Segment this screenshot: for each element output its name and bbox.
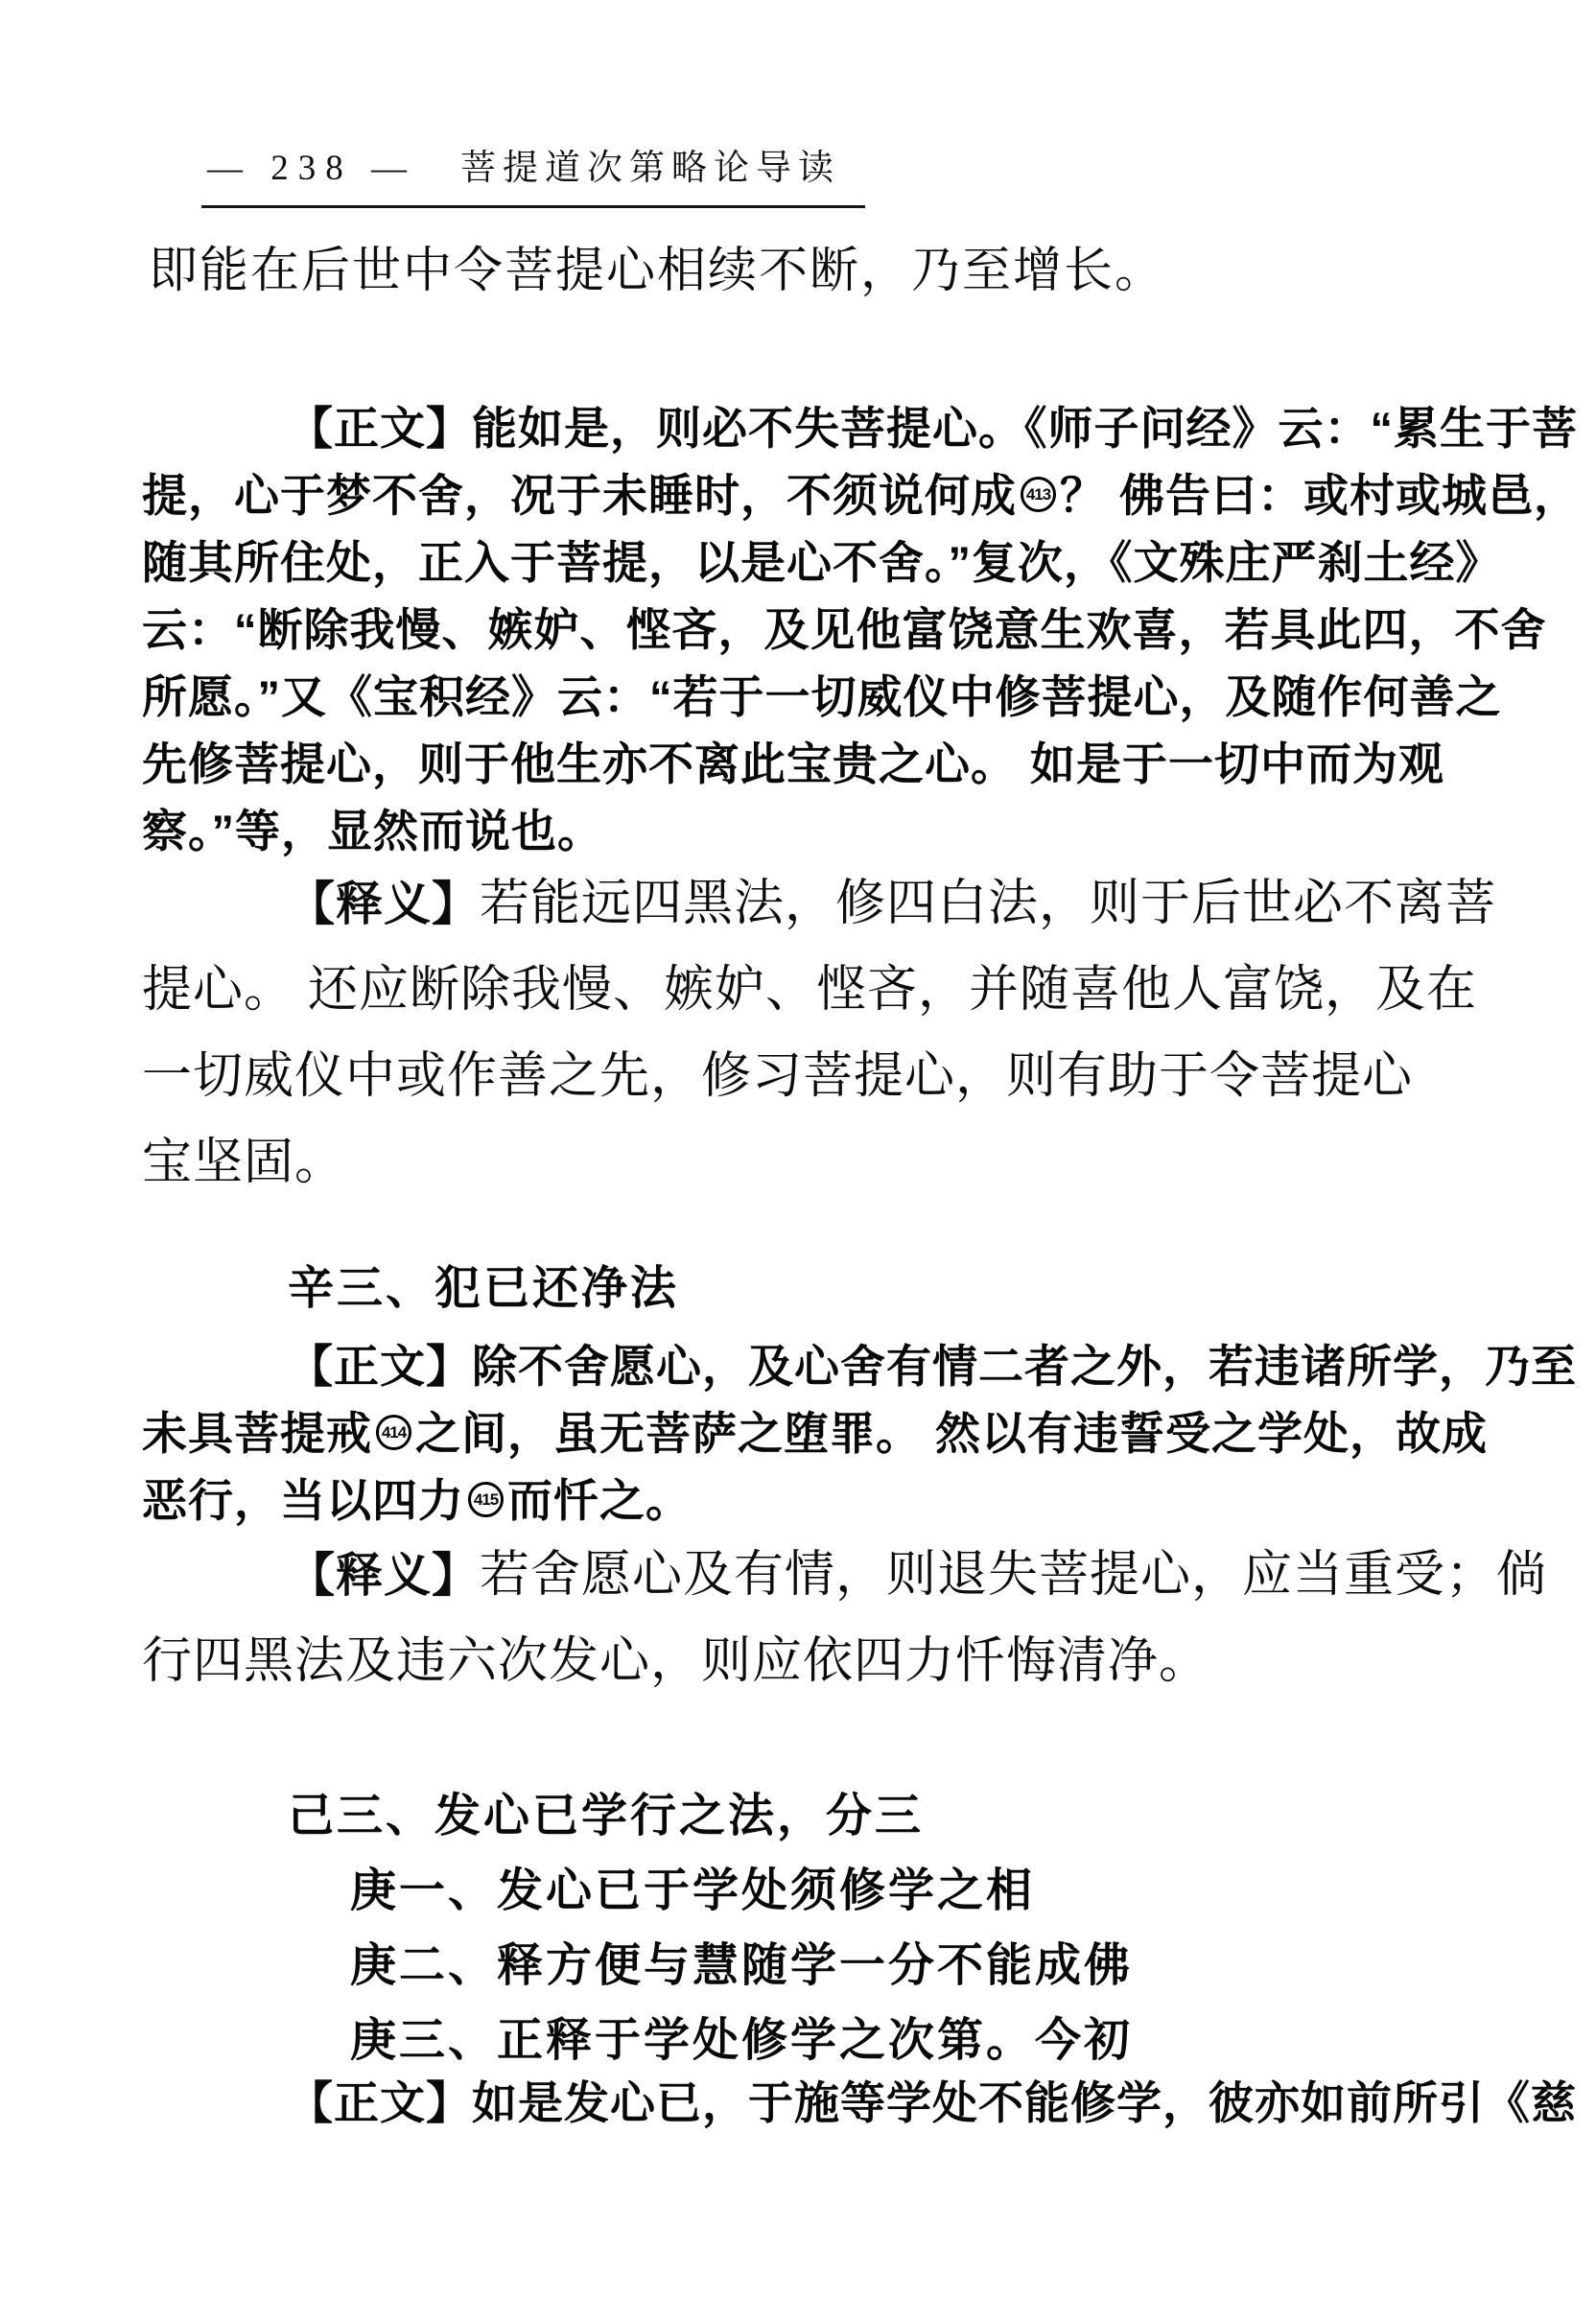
footnote-marker-415: 415 xyxy=(468,1482,504,1517)
zhengwen-block-3: 【正文】如是发心已，于施等学处不能修学，彼亦如前所引《慈 xyxy=(142,2070,1514,2137)
footnote-marker-413: 413 xyxy=(1021,477,1056,512)
line-text: 而忏之。 xyxy=(507,1475,692,1526)
section-heading-xin3: 辛三、犯已还净法 xyxy=(288,1251,679,1317)
shiyi-label: 【释义】 xyxy=(288,1550,480,1602)
text-line: 所愿。”又《宝积经》云：“若于一切威仪中修菩提心，及随作何善之 xyxy=(142,664,1514,731)
text-line: 恶行，当以四力415而忏之。 xyxy=(142,1467,1514,1535)
shiyi-label: 【释义】 xyxy=(288,879,480,930)
book-title: 菩提道次第略论导读 xyxy=(460,149,840,188)
text-line: 提心。 还应断除我慢、嫉妒、悭吝，并随喜他人富饶，及在 xyxy=(142,948,1514,1034)
line-text: 之间，虽无菩萨之堕罪。 然以有违誓受之学处，故成 xyxy=(415,1408,1488,1459)
line-text: 若舍愿心及有情，则退失菩提心，应当重受；倘 xyxy=(480,1548,1547,1603)
text-line: 行四黑法及违六次发心，则应依四力忏悔清净。 xyxy=(142,1619,1514,1705)
running-header: — 238 —菩提道次第略论导读 xyxy=(201,138,865,208)
line-text: 恶行，当以四力 xyxy=(142,1475,464,1526)
text-line: 察。”等，显然而说也。 xyxy=(142,798,1514,865)
text-line: 宝坚固。 xyxy=(142,1120,1514,1207)
line-text: 若能远四黑法，修四白法，则于后世必不离菩 xyxy=(480,877,1496,931)
shiyi-block-2: 【释义】若舍愿心及有情，则退失菩提心，应当重受；倘 行四黑法及违六次发心，则应依… xyxy=(142,1533,1514,1705)
section-heading-geng2: 庚二、释方便与慧随学一分不能成佛 xyxy=(350,1928,1133,1994)
zhengwen-block-1: 【正文】能如是，则必不失菩提心。《师子问经》云：“累生于菩 提，心于梦不舍，况于… xyxy=(142,395,1514,865)
page-number: — 238 — xyxy=(207,149,416,188)
text-line: 一切威仪中或作善之先，修习菩提心，则有助于令菩提心 xyxy=(142,1034,1514,1120)
section-heading-geng1: 庚一、发心已于学处须修学之相 xyxy=(350,1853,1035,1919)
line-text: 提，心于梦不舍，况于未睡时，不须说何成 xyxy=(142,470,1017,521)
footnote-marker-414: 414 xyxy=(376,1415,411,1450)
text-line: 云：“断除我慢、嫉妒、悭吝，及见他富饶意生欢喜，若具此四，不舍 xyxy=(142,597,1514,664)
text-line: 【释义】若舍愿心及有情，则退失菩提心，应当重受；倘 xyxy=(142,1533,1514,1619)
text-line: 【正文】如是发心已，于施等学处不能修学，彼亦如前所引《慈 xyxy=(142,2070,1514,2137)
text-line: 【释义】若能远四黑法，修四白法，则于后世必不离菩 xyxy=(142,861,1514,948)
text-line: 先修菩提心，则于他生亦不离此宝贵之心。 如是于一切中而为观 xyxy=(142,731,1514,798)
shiyi-block-1: 【释义】若能远四黑法，修四白法，则于后世必不离菩 提心。 还应断除我慢、嫉妒、悭… xyxy=(142,861,1514,1207)
line-text: 未具菩提戒 xyxy=(142,1408,372,1459)
book-page: — 238 —菩提道次第略论导读 即能在后世中令菩提心相续不断，乃至增长。 【正… xyxy=(0,0,1596,2298)
intro-paragraph: 即能在后世中令菩提心相续不断，乃至增长。 xyxy=(149,230,1165,301)
section-heading-ji3: 己三、发心已学行之法，分三 xyxy=(288,1778,924,1844)
text-line: 未具菩提戒414之间，虽无菩萨之堕罪。 然以有违誓受之学处，故成 xyxy=(142,1400,1514,1467)
zhengwen-block-2: 【正文】除不舍愿心，及心舍有情二者之外，若违诸所学，乃至 未具菩提戒414之间，… xyxy=(142,1333,1514,1535)
section-heading-geng3: 庚三、正释于学处修学之次第。今初 xyxy=(350,2003,1133,2069)
line-text: ？ 佛告曰：或村或城邑， xyxy=(1060,470,1580,521)
text-line: 【正文】能如是，则必不失菩提心。《师子问经》云：“累生于菩 xyxy=(142,395,1514,462)
text-line: 随其所住处，正入于菩提，以是心不舍。”复次，《文殊庄严刹土经》 xyxy=(142,529,1514,597)
text-line: 【正文】除不舍愿心，及心舍有情二者之外，若违诸所学，乃至 xyxy=(142,1333,1514,1400)
text-line: 提，心于梦不舍，况于未睡时，不须说何成413？ 佛告曰：或村或城邑， xyxy=(142,462,1514,529)
